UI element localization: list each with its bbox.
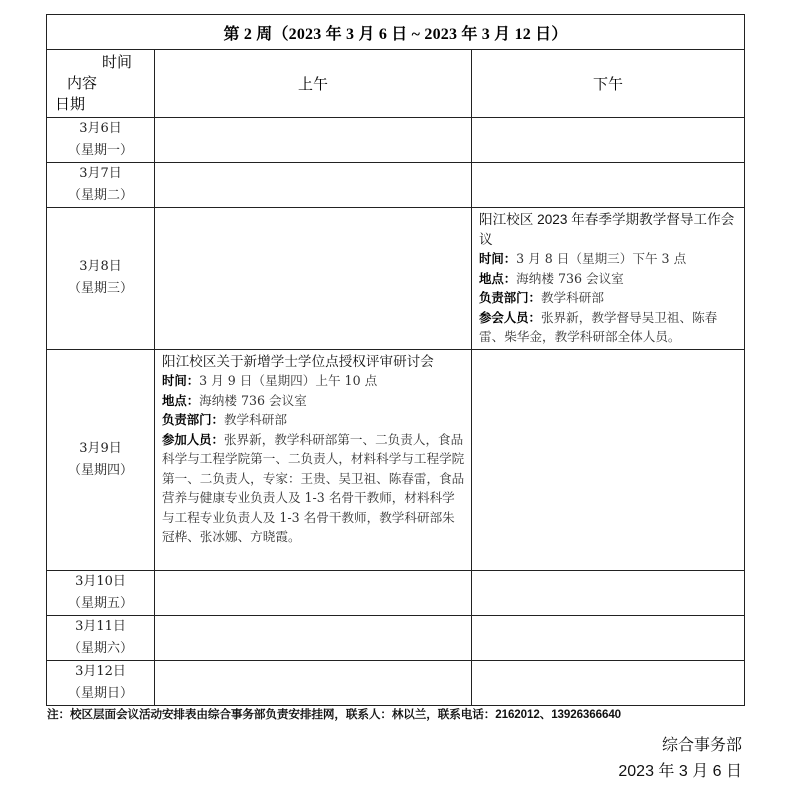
time-label: 时间：	[479, 251, 516, 266]
date-cell: 3月12日 （星期日）	[47, 660, 155, 705]
column-header-am: 上午	[155, 50, 472, 118]
time-value: 3 月 9 日（星期四）上午 10 点	[199, 373, 377, 388]
people-label: 参会人员：	[479, 310, 541, 325]
week-title: 第 2 周（2023 年 3 月 6 日 ~ 2023 年 3 月 12 日）	[47, 15, 745, 50]
table-row: 3月7日 （星期二）	[47, 163, 745, 208]
table-row: 3月11日 （星期六）	[47, 615, 745, 660]
table-row: 3月6日 （星期一）	[47, 118, 745, 163]
am-cell	[155, 660, 472, 705]
am-cell	[155, 163, 472, 208]
pm-cell	[472, 570, 745, 615]
event-dept: 负责部门：教学科研部	[479, 288, 738, 308]
time-value: 3 月 8 日（星期三）下午 3 点	[516, 251, 686, 266]
footer-note: 注：校区层面会议活动安排表由综合事务部负责安排挂网，联系人：林以兰，联系电话：2…	[47, 706, 621, 722]
weekday-label: （星期一）	[47, 140, 154, 162]
event-place: 地点：海纳楼 736 会议室	[162, 391, 465, 411]
dept-value: 教学科研部	[541, 290, 604, 305]
pm-cell	[472, 349, 745, 570]
table-row: 3月10日 （星期五）	[47, 570, 745, 615]
weekday-label: （星期四）	[47, 460, 154, 482]
signature-date: 2023 年 3 月 6 日	[618, 758, 742, 781]
people-label: 参加人员：	[162, 432, 224, 447]
event-time: 时间：3 月 9 日（星期四）上午 10 点	[162, 371, 465, 391]
event-people: 参加人员：张界新，教学科研部第一、二负责人，食品科学与工程学院第一、二负责人，材…	[162, 430, 465, 547]
date-cell: 3月11日 （星期六）	[47, 615, 155, 660]
am-cell	[155, 118, 472, 163]
place-value: 海纳楼 736 会议室	[516, 271, 624, 286]
header-row: 时间 内容 日期 上午 下午	[47, 50, 745, 118]
date-cell: 3月6日 （星期一）	[47, 118, 155, 163]
pm-cell	[472, 615, 745, 660]
weekday-label: （星期日）	[47, 683, 154, 705]
title-row: 第 2 周（2023 年 3 月 6 日 ~ 2023 年 3 月 12 日）	[47, 15, 745, 50]
dept-label: 负责部门：	[162, 412, 224, 427]
table-row: 3月8日 （星期三） 阳江校区 2023 年春季学期教学督导工作会议 时间：3 …	[47, 208, 745, 350]
date-label: 3月6日	[47, 118, 154, 140]
corner-date-label: 日期	[47, 94, 154, 115]
corner-content-label: 内容	[47, 73, 154, 94]
event-people: 参会人员：张界新，教学督导吴卫祖、陈春雷、柴华金，教学科研部全体人员。	[479, 308, 738, 347]
time-label: 时间：	[162, 373, 199, 388]
weekday-label: （星期三）	[47, 278, 154, 300]
event-time: 时间：3 月 8 日（星期三）下午 3 点	[479, 249, 738, 269]
pm-event-cell: 阳江校区 2023 年春季学期教学督导工作会议 时间：3 月 8 日（星期三）下…	[472, 208, 745, 350]
pm-cell	[472, 660, 745, 705]
place-label: 地点：	[162, 393, 199, 408]
place-value: 海纳楼 736 会议室	[199, 393, 307, 408]
date-cell: 3月7日 （星期二）	[47, 163, 155, 208]
event-title: 阳江校区关于新增学士学位点授权评审研讨会	[162, 352, 465, 372]
am-event-cell: 阳江校区关于新增学士学位点授权评审研讨会 时间：3 月 9 日（星期四）上午 1…	[155, 349, 472, 570]
event-dept: 负责部门：教学科研部	[162, 410, 465, 430]
corner-header: 时间 内容 日期	[47, 50, 155, 118]
pm-cell	[472, 163, 745, 208]
column-header-pm: 下午	[472, 50, 745, 118]
date-label: 3月12日	[47, 661, 154, 683]
date-label: 3月9日	[47, 438, 154, 460]
date-label: 3月8日	[47, 256, 154, 278]
date-cell: 3月9日 （星期四）	[47, 349, 155, 570]
place-label: 地点：	[479, 271, 516, 286]
weekday-label: （星期二）	[47, 185, 154, 207]
dept-value: 教学科研部	[224, 412, 287, 427]
corner-time-label: 时间	[47, 52, 154, 73]
am-cell	[155, 570, 472, 615]
date-cell: 3月10日 （星期五）	[47, 570, 155, 615]
date-label: 3月7日	[47, 163, 154, 185]
dept-label: 负责部门：	[479, 290, 541, 305]
pm-cell	[472, 118, 745, 163]
date-cell: 3月8日 （星期三）	[47, 208, 155, 350]
date-label: 3月10日	[47, 571, 154, 593]
am-cell	[155, 208, 472, 350]
table-row: 3月12日 （星期日）	[47, 660, 745, 705]
weekday-label: （星期五）	[47, 593, 154, 615]
event-title: 阳江校区 2023 年春季学期教学督导工作会议	[479, 210, 738, 249]
weekday-label: （星期六）	[47, 638, 154, 660]
am-cell	[155, 615, 472, 660]
event-place: 地点：海纳楼 736 会议室	[479, 269, 738, 289]
schedule-table: 第 2 周（2023 年 3 月 6 日 ~ 2023 年 3 月 12 日） …	[46, 14, 745, 706]
people-value: 张界新，教学科研部第一、二负责人，食品科学与工程学院第一、二负责人，材料科学与工…	[162, 432, 464, 545]
date-label: 3月11日	[47, 616, 154, 638]
signature-department: 综合事务部	[662, 732, 742, 755]
table-row: 3月9日 （星期四） 阳江校区关于新增学士学位点授权评审研讨会 时间：3 月 9…	[47, 349, 745, 570]
